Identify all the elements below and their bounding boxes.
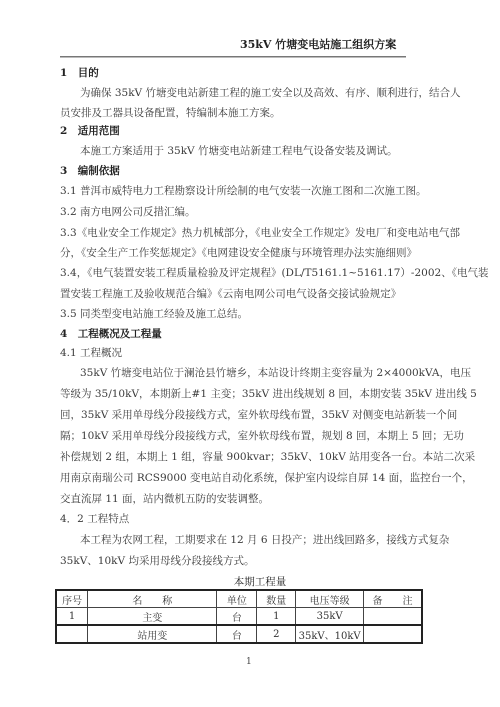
section-heading-purpose: 1 目的 (60, 66, 99, 80)
paragraph-line: 补偿规划 2 组，本期上 1 组，容量 900kvar；35kV、10kV 站用… (60, 450, 475, 464)
engineering-quantity-table: 序号 名 称 单位 数量 电压等级 备 注 1 主变 台 1 35kV 站用变 … (55, 589, 423, 644)
paragraph-line: 为确保 35kV 竹塘变电站新建工程的施工安全以及高效、有序、顺利进行，结合人 (80, 86, 460, 100)
paragraph-line: 本工程为农网工程，工期要求在 12 月 6 日投产；进出线回路多，接线方式复杂 (80, 533, 449, 547)
cell-name: 站用变 (88, 625, 217, 643)
cell-voltage: 35kV (296, 608, 364, 626)
list-item: 3.2 南方电网公司反措汇编。 (60, 205, 196, 219)
list-item: 3.3《电业安全工作规定》热力机械部分，《电业安全工作规定》发电厂和变电站电气部 (60, 226, 460, 240)
header-voltage: 电压等级 (296, 590, 364, 608)
list-item: 3.5 同类型变电站施工经验及施工总结。 (60, 307, 248, 321)
cell-serial: 1 (56, 608, 88, 626)
cell-unit: 台 (217, 608, 257, 626)
cell-unit: 台 (217, 625, 257, 643)
paragraph-line: 本施工方案适用于 35kV 竹塘变电站新建工程电气设备安装及调试。 (80, 144, 397, 158)
section-heading-scope: 2 适用范围 (60, 124, 120, 138)
cell-name: 主变 (88, 608, 217, 626)
cell-quantity: 1 (257, 608, 296, 626)
subsection-heading: 4.1 工程概况 (60, 346, 122, 360)
paragraph-line: 回，35kV 采用单母线分段接线方式，室外软母线布置，35kV 对侧变电站新装一… (60, 408, 457, 422)
paragraph-line: 35kV 竹塘变电站位于澜沧县竹塘乡，本站设计终期主变容量为 2×4000kVA… (80, 366, 471, 380)
header-quantity: 数量 (257, 590, 296, 608)
list-item: 置安装工程施工及验收规范合编》《云南电网公司电气设备交接试验规定》 (60, 287, 401, 301)
paragraph-line: 交直流屏 11 面，站内微机五防的安装调整。 (60, 492, 269, 506)
document-header-title: 35kV 竹塘变电站施工组织方案 (240, 36, 396, 52)
cell-remarks (364, 608, 423, 626)
table-caption: 本期工程量 (0, 574, 500, 589)
header-name: 名 称 (88, 590, 217, 608)
section-heading-basis: 3 编制依据 (60, 164, 120, 178)
paragraph-line: 等级为 35/10kV，本期新上#1 主变；35kV 进出线规划 8 回，本期安… (60, 387, 477, 401)
list-item: 分，《安全生产工作奖惩规定》《电网建设安全健康与环境管理办法实施细则》 (60, 246, 417, 260)
cell-serial (56, 625, 88, 643)
paragraph-line: 员安排及工器具设备配置，特编制本施工方案。 (60, 106, 281, 120)
cell-remarks (364, 625, 423, 643)
header-divider (60, 56, 406, 58)
header-remarks: 备 注 (364, 590, 423, 608)
header-unit: 单位 (217, 590, 257, 608)
list-item: 3.4，《电气装置安装工程质量检验及评定规程》(DL/T5161.1~5161.… (60, 266, 488, 280)
subsection-heading: 4．2 工程特点 (60, 512, 129, 526)
table-row: 1 主变 台 1 35kV (56, 608, 422, 626)
paragraph-line: 用南京南瑞公司 RCS9000 变电站自动化系统，保护室内设综自屏 14 面，监… (60, 471, 473, 485)
cell-quantity: 2 (257, 625, 296, 643)
table-row: 站用变 台 2 35kV、10kV (56, 625, 422, 643)
section-heading-overview: 4 工程概况及工程量 (60, 327, 162, 341)
paragraph-line: 隔；10kV 采用单母线分段接线方式，室外软母线布置，规划 8 回，本期上 5 … (60, 429, 464, 443)
document-page: 35kV 竹塘变电站施工组织方案 1 目的 为确保 35kV 竹塘变电站新建工程… (0, 0, 500, 707)
cell-voltage: 35kV、10kV (296, 625, 364, 643)
paragraph-line: 35kV、10kV 均采用母线分段接线方式。 (60, 554, 254, 568)
page-number: 1 (246, 657, 252, 667)
list-item: 3.1 普洱市威特电力工程勘察设计所绘制的电气安装一次施工图和二次施工图。 (60, 184, 427, 198)
header-serial: 序号 (56, 590, 88, 608)
table-header-row: 序号 名 称 单位 数量 电压等级 备 注 (56, 590, 422, 608)
